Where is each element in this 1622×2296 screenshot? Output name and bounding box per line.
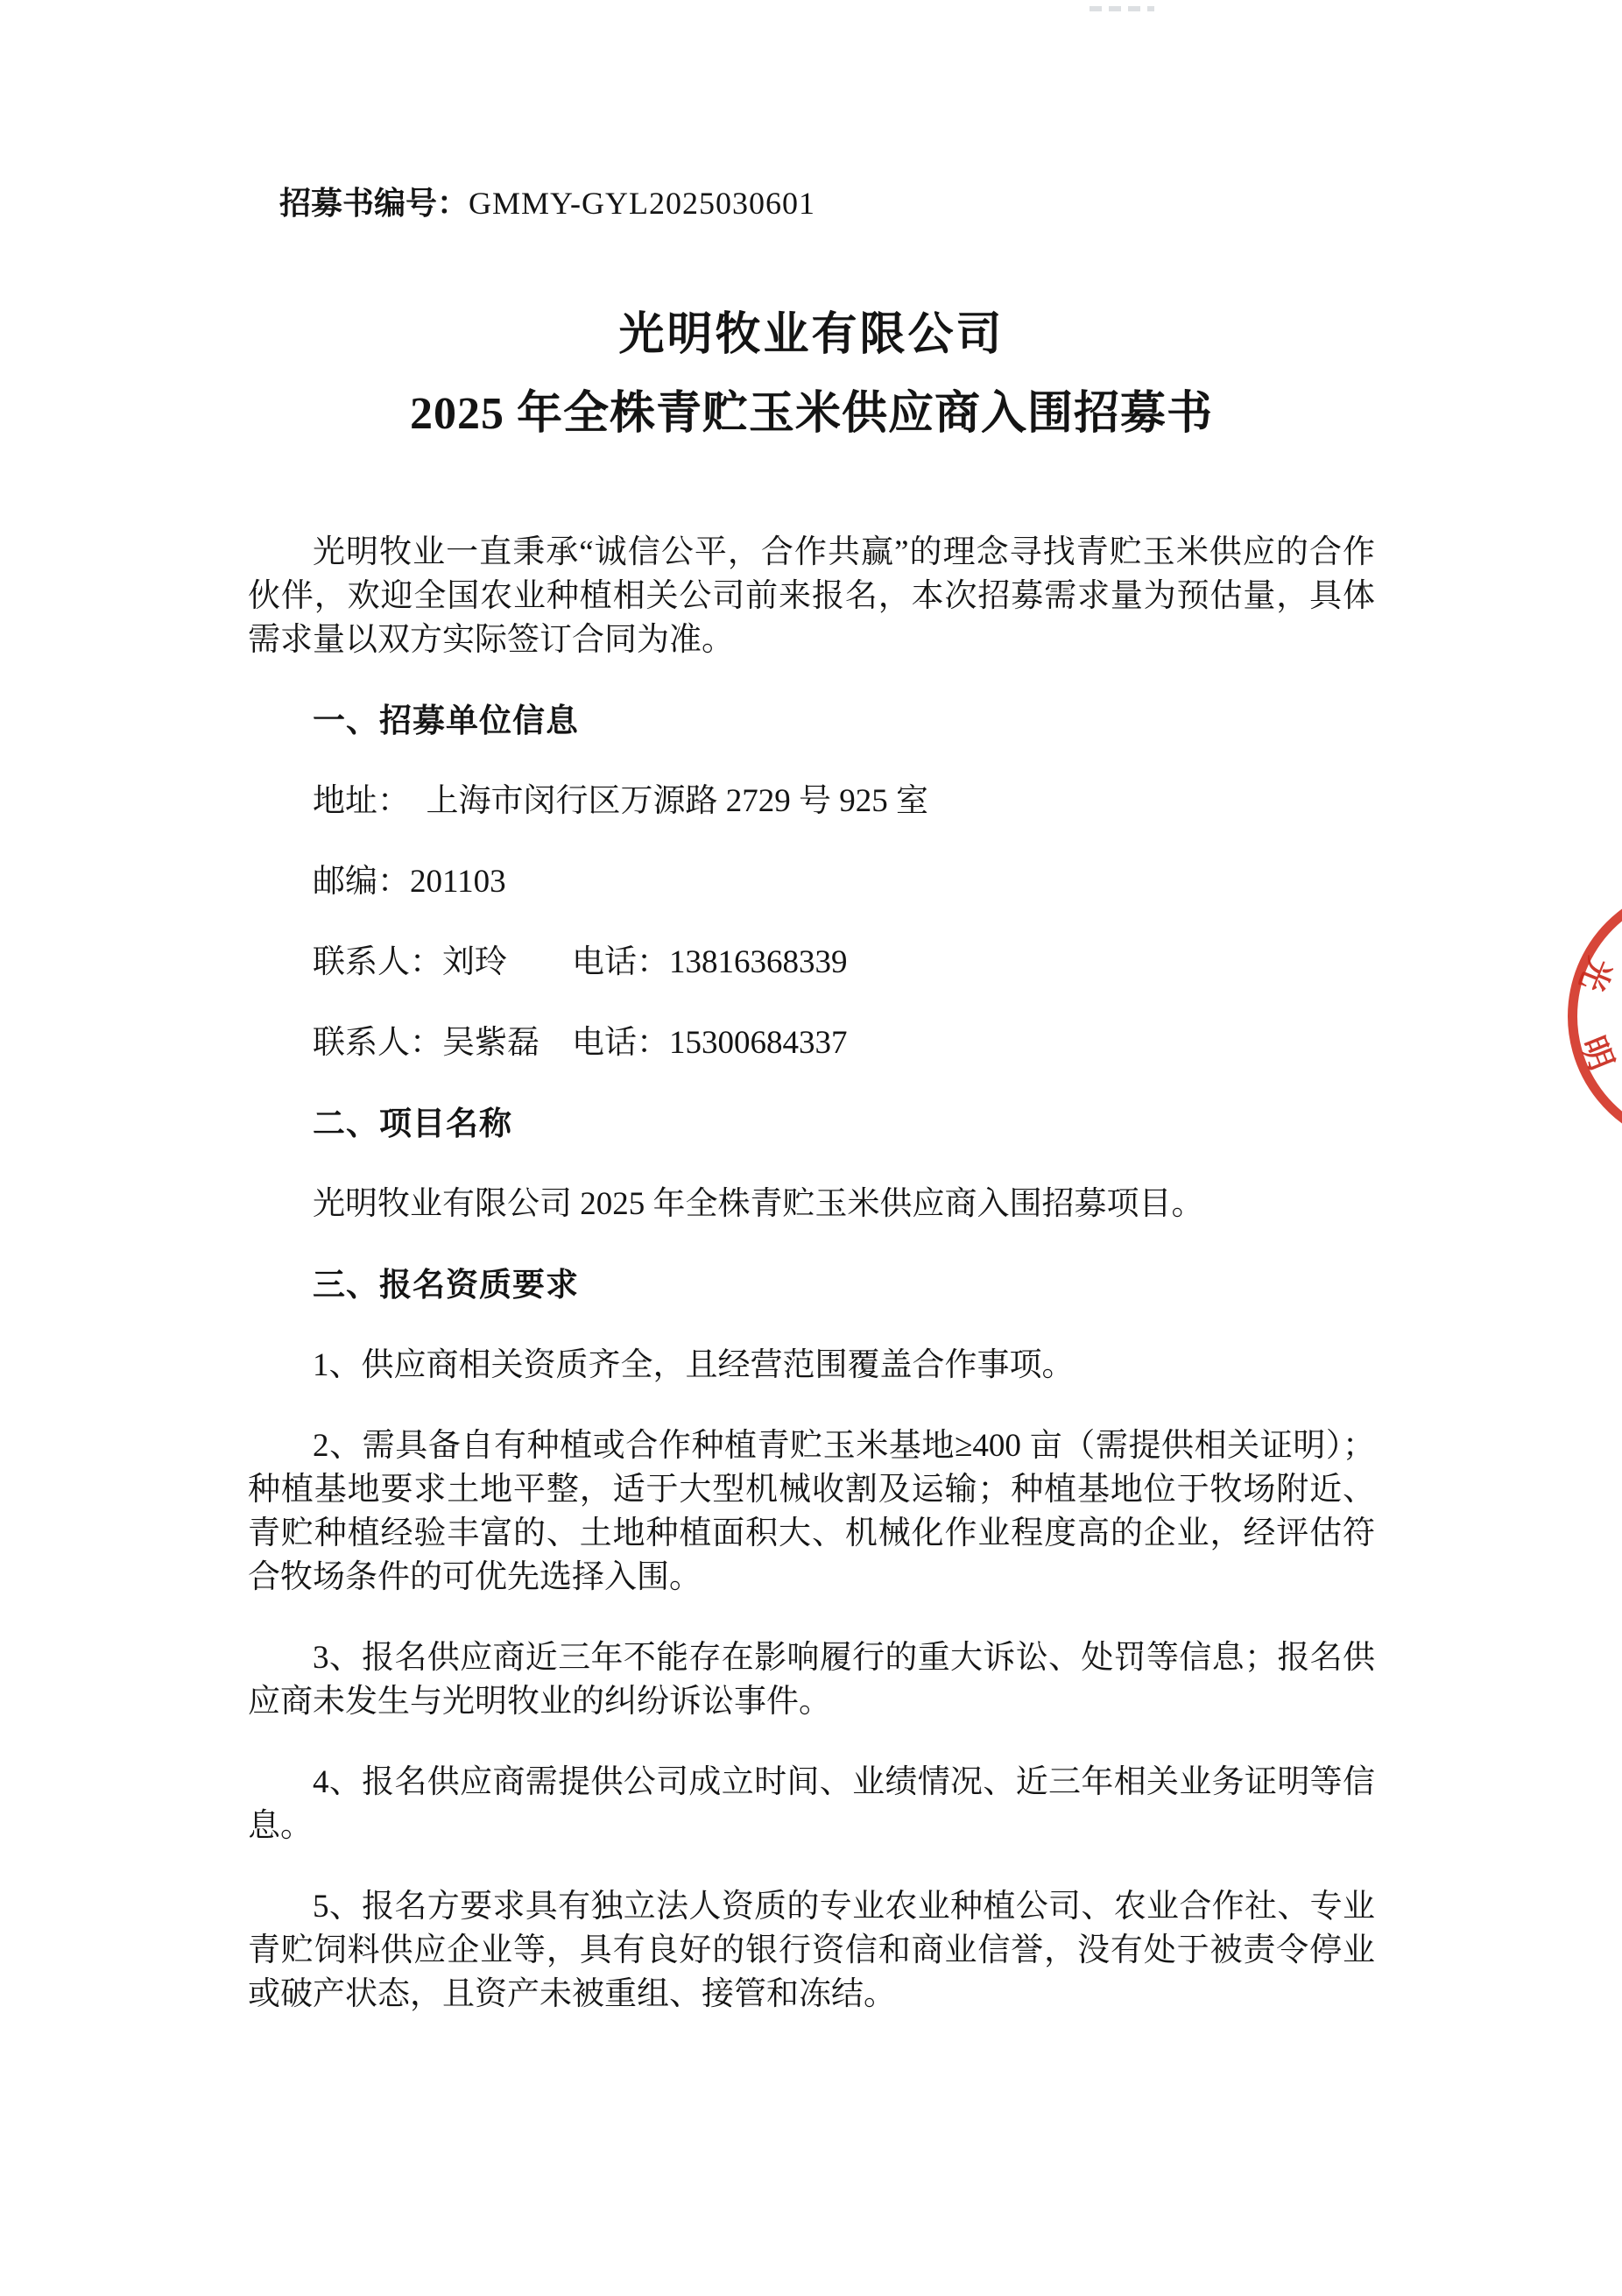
contact-line-1: 联系人：刘玲 电话：13816368339 [248, 941, 1375, 985]
intro-paragraph: 光明牧业一直秉承“诚信公平，合作共赢”的理念寻找青贮玉米供应的合作伙伴，欢迎全国… [248, 531, 1375, 662]
doc-number-line: 招募书编号：GMMY-GYL2025030601 [248, 0, 1375, 223]
project-name-paragraph: 光明牧业有限公司 2025 年全株青贮玉米供应商入围招募项目。 [248, 1183, 1375, 1226]
section-heading-recruiter-info: 一、招募单位信息 [248, 699, 1375, 743]
scan-artifact [1090, 6, 1154, 11]
doc-number-value: GMMY-GYL2025030601 [469, 186, 815, 221]
qualification-item-4: 4、报名供应商需提供公司成立时间、业绩情况、近三年相关业务证明等信息。 [248, 1761, 1375, 1848]
doc-number-label: 招募书编号： [279, 185, 469, 221]
contact-line-2: 联系人：吴紫磊 电话：15300684337 [248, 1021, 1375, 1065]
postcode-line: 邮编：201103 [248, 860, 1375, 904]
document-content: 招募书编号：GMMY-GYL2025030601 光明牧业有限公司 2025 年… [0, 0, 1622, 2017]
company-title: 光明牧业有限公司 [248, 307, 1375, 363]
document-page: 招募书编号：GMMY-GYL2025030601 光明牧业有限公司 2025 年… [0, 0, 1622, 2296]
address-line: 地址： 上海市闵行区万源路 2729 号 925 室 [248, 780, 1375, 823]
qualification-item-1: 1、供应商相关资质齐全，且经营范围覆盖合作事项。 [248, 1344, 1375, 1388]
section-heading-project-name: 二、项目名称 [248, 1102, 1375, 1146]
document-title: 2025 年全株青贮玉米供应商入围招募书 [248, 385, 1375, 443]
qualification-item-2: 2、需具备自有种植或合作种植青贮玉米基地≥400 亩（需提供相关证明）；种植基地… [248, 1424, 1375, 1600]
qualification-item-3: 3、报名供应商近三年不能存在影响履行的重大诉讼、处罚等信息；报名供应商未发生与光… [248, 1636, 1375, 1724]
qualification-item-5: 5、报名方要求具有独立法人资质的专业农业种植公司、农业合作社、专业青贮饲料供应企… [248, 1885, 1375, 2017]
section-heading-qualifications: 三、报名资质要求 [248, 1263, 1375, 1307]
